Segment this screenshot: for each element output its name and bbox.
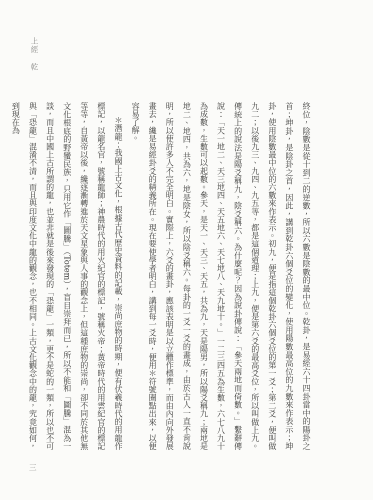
paragraph-yao-numbering: 終位，陰數是從十到二的逆數，所以六數是陰數的最中位。乾卦，是易經六十四卦當中的陽… [127, 102, 315, 450]
running-head: 上經乾 [29, 37, 40, 107]
page-number: 三 [29, 462, 37, 473]
running-head-section: 上經 [30, 37, 39, 54]
paragraph-qianlong-note: ＊潛龍：我國上古文化，根據古代歷史資料的記載，崇尚庶物的時期，便有伏羲時代的用龍… [7, 102, 127, 450]
running-head-hexagram-title: 乾 [30, 63, 39, 72]
book-page: 上經乾 終位，陰數是從十到二的逆數，所以六數是陰數的最中位。乾卦，是易經六十四卦… [0, 0, 373, 500]
main-text-block: 終位，陰數是從十到二的逆數，所以六數是陰數的最中位。乾卦，是易經六十四卦當中的陽… [42, 102, 315, 450]
